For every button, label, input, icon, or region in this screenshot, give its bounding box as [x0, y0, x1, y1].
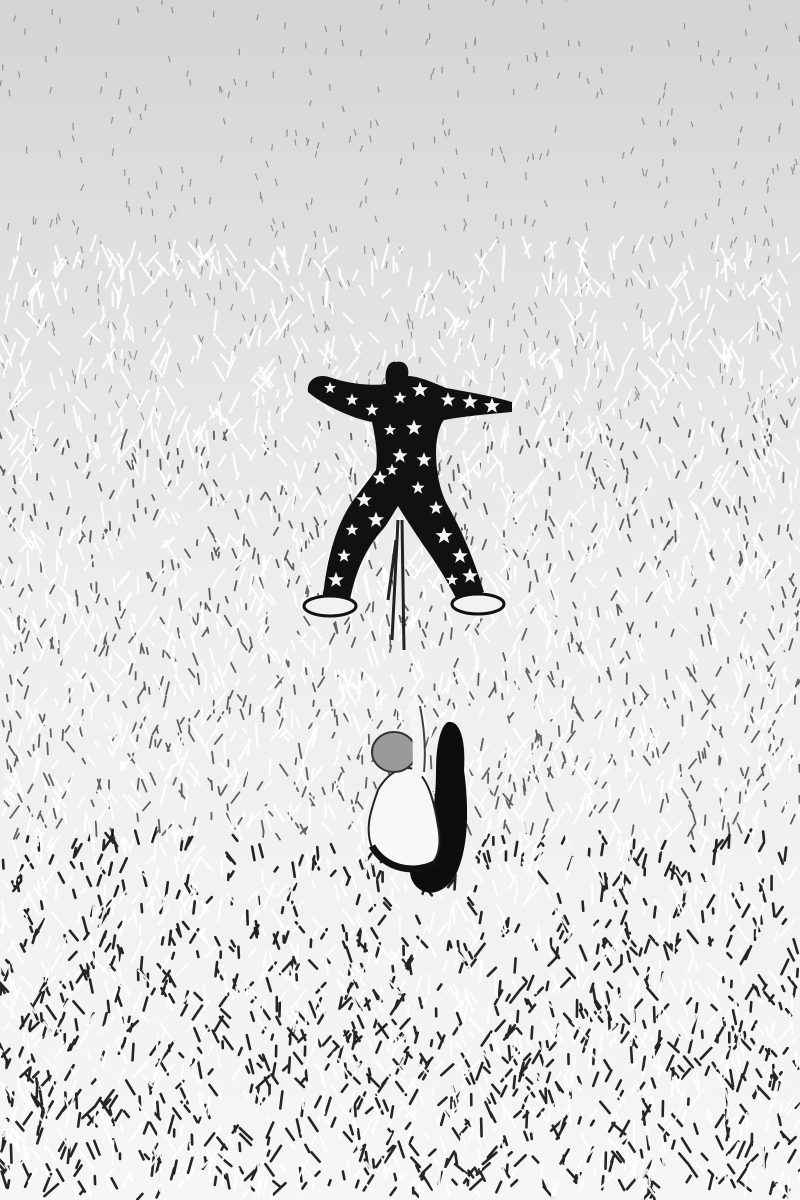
right-shoe: [452, 594, 504, 614]
grass-background: [0, 0, 800, 1200]
left-shoe: [304, 596, 356, 616]
photograph: [0, 0, 800, 1200]
child-arm: [414, 706, 419, 772]
child-head: [372, 732, 416, 772]
